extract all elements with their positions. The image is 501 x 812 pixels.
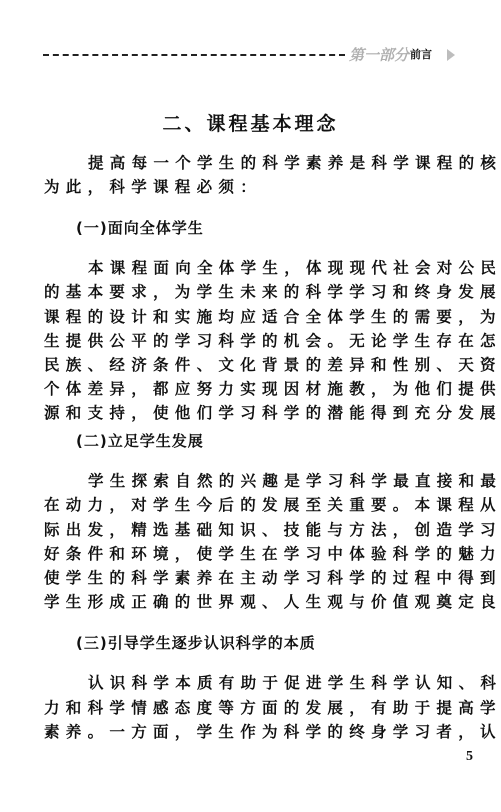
intro-line: 提高每一个学生的科学素养是科学课程的核心理念。: [88, 153, 488, 173]
header-section-label: 前言: [410, 47, 432, 63]
paragraph-line: 使学生的科学素养在主动学习科学的过程中得到发展，为: [44, 568, 444, 588]
paragraph-line: 学生探索自然的兴趣是学习科学最直接和最持久的内: [88, 471, 488, 491]
paragraph-line: 个体差异，都应努力实现因材施教，为他们提供必要的资: [44, 379, 444, 399]
paragraph-line: 在动力，对学生今后的发展至关重要。本课程从学生的实: [44, 495, 444, 515]
section-title: 二、课程基本理念: [0, 110, 501, 138]
paragraph-line: 民族、经济条件、文化背景的差异和性别、天资等方面的: [44, 355, 444, 375]
paragraph-line: 素养。一方面，学生作为科学的终身学习者，认识科学本: [44, 722, 444, 742]
paragraph-line: 力和科学情感态度等方面的发展，有助于提高学生的科学: [44, 698, 444, 718]
paragraph-line: 源和支持，使他们学习科学的潜能得到充分发展。: [44, 403, 444, 423]
paragraph-line: 学生形成正确的世界观、人生观与价值观奠定良好的基础。: [44, 592, 444, 612]
paragraph-line: 本课程面向全体学生，体现现代社会对公民科学素养: [88, 258, 488, 278]
header-part-label: 第一部分: [349, 45, 409, 65]
subheading-2: (二)立足学生发展: [76, 431, 204, 451]
header-dotted-rule: [43, 54, 345, 56]
paragraph-line: 课程的设计和实施均应适合全体学生的需要，为每一个学: [44, 307, 444, 327]
paragraph-line: 际出发，精选基础知识、技能与方法，创造学习科学的良: [44, 520, 444, 540]
running-header: 第一部分 前言: [43, 45, 463, 65]
paragraph-line: 好条件和环境，使学生在学习中体验科学的魅力和乐趣。: [44, 544, 444, 564]
page-number: 5: [466, 749, 473, 765]
intro-line: 为此，科学课程必须：: [44, 177, 444, 197]
paragraph-line: 的基本要求，为学生未来的科学学习和终身发展奠定基础。: [44, 282, 444, 302]
triangle-right-icon: [447, 49, 455, 61]
subheading-3: (三)引导学生逐步认识科学的本质: [76, 633, 316, 653]
paragraph-line: 生提供公平的学习科学的机会。无论学生存在怎样的地区、: [44, 331, 444, 351]
paragraph-line: 认识科学本质有助于促进学生科学认知、科学探究能: [88, 673, 488, 693]
subheading-1: (一)面向全体学生: [76, 218, 204, 238]
